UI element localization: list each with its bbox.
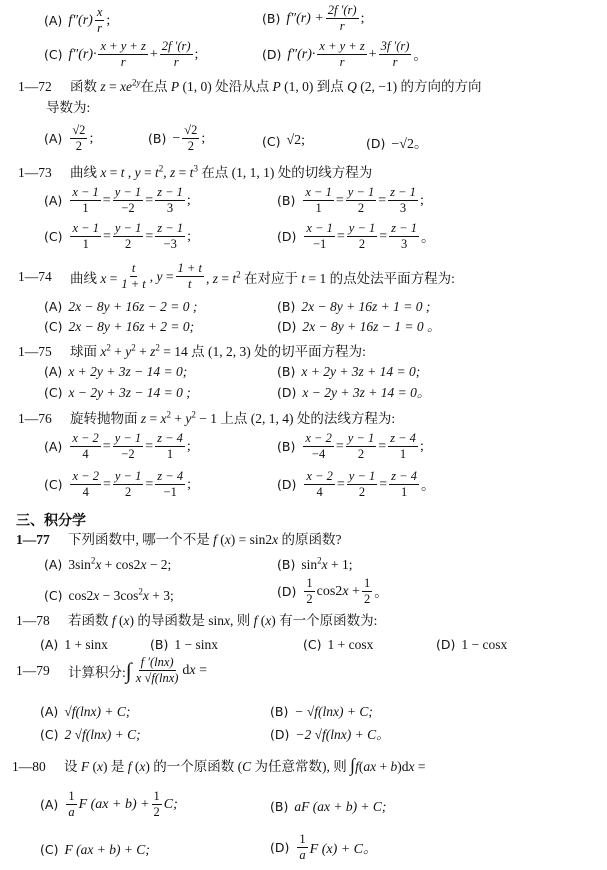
q79-option-a: (A)√f(lnx) + C; (40, 705, 130, 719)
q71-option-b: (B) f″(r) + 2f ′(r)r ; (262, 4, 364, 33)
question-1-73: 1—73曲线 x = t , y = t2, z = t3 在点 (1, 1, … (18, 164, 372, 181)
question-1-77: 1—77下列函数中, 哪一个不是 f (x) = sin2x 的原函数? (16, 533, 342, 548)
q71-option-c: (C) f″(r)· x + y + zr + 2f ′(r)r ; (44, 40, 198, 69)
q72-option-d: (D)−√2。 (366, 133, 428, 153)
q76-option-d: (D) x − 24=y − 12=z − 41。 (277, 470, 435, 499)
option-label: (A) (44, 13, 62, 28)
q73-option-d: (D) x − 1−1=y − 12=z − 13。 (277, 222, 435, 251)
question-1-76: 1—76旋转抛物面 z = x2 + y2 − 1 上点 (2, 1, 4) 处… (18, 410, 395, 427)
q80-option-d: (D) 1aF (x) + C。 (270, 833, 377, 862)
question-1-74: 1—74 曲线 x =t1 + t, y =1 + tt, z = t2 在对应… (18, 262, 455, 291)
q72-option-b: (B) −√22; (148, 124, 205, 153)
q75-option-d: (D)x − 2y + 3z + 14 = 0。 (277, 386, 430, 400)
question-1-80: 1—80设 F (x) 是 f (x) 的一个原函数 (C 为任意常数), 则 … (12, 756, 425, 775)
q77-option-c: (C)cos2x − 3cos2x + 3; (44, 587, 174, 602)
q78-option-b: (B)1 − sinx (150, 638, 218, 652)
q74-option-c: (C)2x − 8y + 16z + 2 = 0; (44, 320, 194, 334)
q73-option-a: (A) x − 11=y − 1−2=z − 13; (44, 186, 191, 215)
q77-option-a: (A)3sin2x + cos2x − 2; (44, 556, 171, 571)
q78-option-d: (D)1 − cosx (436, 638, 507, 652)
section-title: 三、积分学 (16, 510, 86, 530)
q76-option-a: (A) x − 24=y − 1−2=z − 41; (44, 432, 191, 461)
q79-option-b: (B)− √f(lnx) + C; (270, 705, 373, 719)
question-1-78: 1—78若函数 f (x) 的导函数是 sinx, 则 f (x) 有一个原函数… (16, 614, 377, 629)
q73-option-c: (C) x − 11=y − 12=z − 1−3; (44, 222, 191, 251)
q78-option-c: (C)1 + cosx (303, 638, 373, 652)
q78-option-a: (A)1 + sinx (40, 638, 108, 652)
q80-option-b: (B)aF (ax + b) + C; (270, 800, 386, 814)
q75-option-b: (B)x + 2y + 3z + 14 = 0; (277, 365, 420, 379)
q80-option-c: (C)F (ax + b) + C; (40, 843, 150, 857)
q74-option-d: (D)2x − 8y + 16z − 1 = 0 。 (277, 320, 440, 334)
q76-option-b: (B) x − 2−4=y − 12=z − 41; (277, 432, 424, 461)
q77-option-b: (B)sin2x + 1; (277, 556, 352, 571)
q73-option-b: (B) x − 11=y − 12=z − 13; (277, 186, 424, 215)
q74-option-b: (B)2x − 8y + 16z + 1 = 0 ; (277, 300, 430, 314)
question-1-79: 1—79 计算积分: ∫ f ′(lnx)x √f(lnx) dx = (16, 656, 207, 685)
question-1-72: 1—72函数 z = xe2y在点 P (1, 0) 处沿从点 P (1, 0)… (18, 78, 481, 95)
question-1-72-cont: 导数为: (46, 101, 90, 115)
q75-option-a: (A)x + 2y + 3z − 14 = 0; (44, 365, 187, 379)
question-1-75: 1—75球面 x2 + y2 + z2 = 14 点 (1, 2, 3) 处的切… (18, 343, 366, 360)
q76-option-c: (C) x − 24=y − 12=z − 4−1; (44, 470, 191, 499)
q71-option-a: (A) f″(r) xr ; (44, 6, 110, 35)
q72-option-c: (C)√2; (262, 133, 305, 149)
q74-option-a: (A)2x − 8y + 16z − 2 = 0 ; (44, 300, 197, 314)
q79-option-d: (D)−2 √f(lnx) + C。 (270, 728, 390, 742)
q71-option-d: (D) f″(r)· x + y + zr + 3f ′(r)r 。 (262, 40, 427, 69)
q77-option-d: (D) 12cos2x +12。 (277, 577, 388, 606)
q75-option-c: (C)x − 2y + 3z − 14 = 0 ; (44, 386, 191, 400)
q72-option-a: (A) √22; (44, 124, 93, 153)
q80-option-a: (A) 1aF (ax + b) +12C; (40, 790, 178, 819)
q79-option-c: (C)2 √f(lnx) + C; (40, 728, 141, 742)
